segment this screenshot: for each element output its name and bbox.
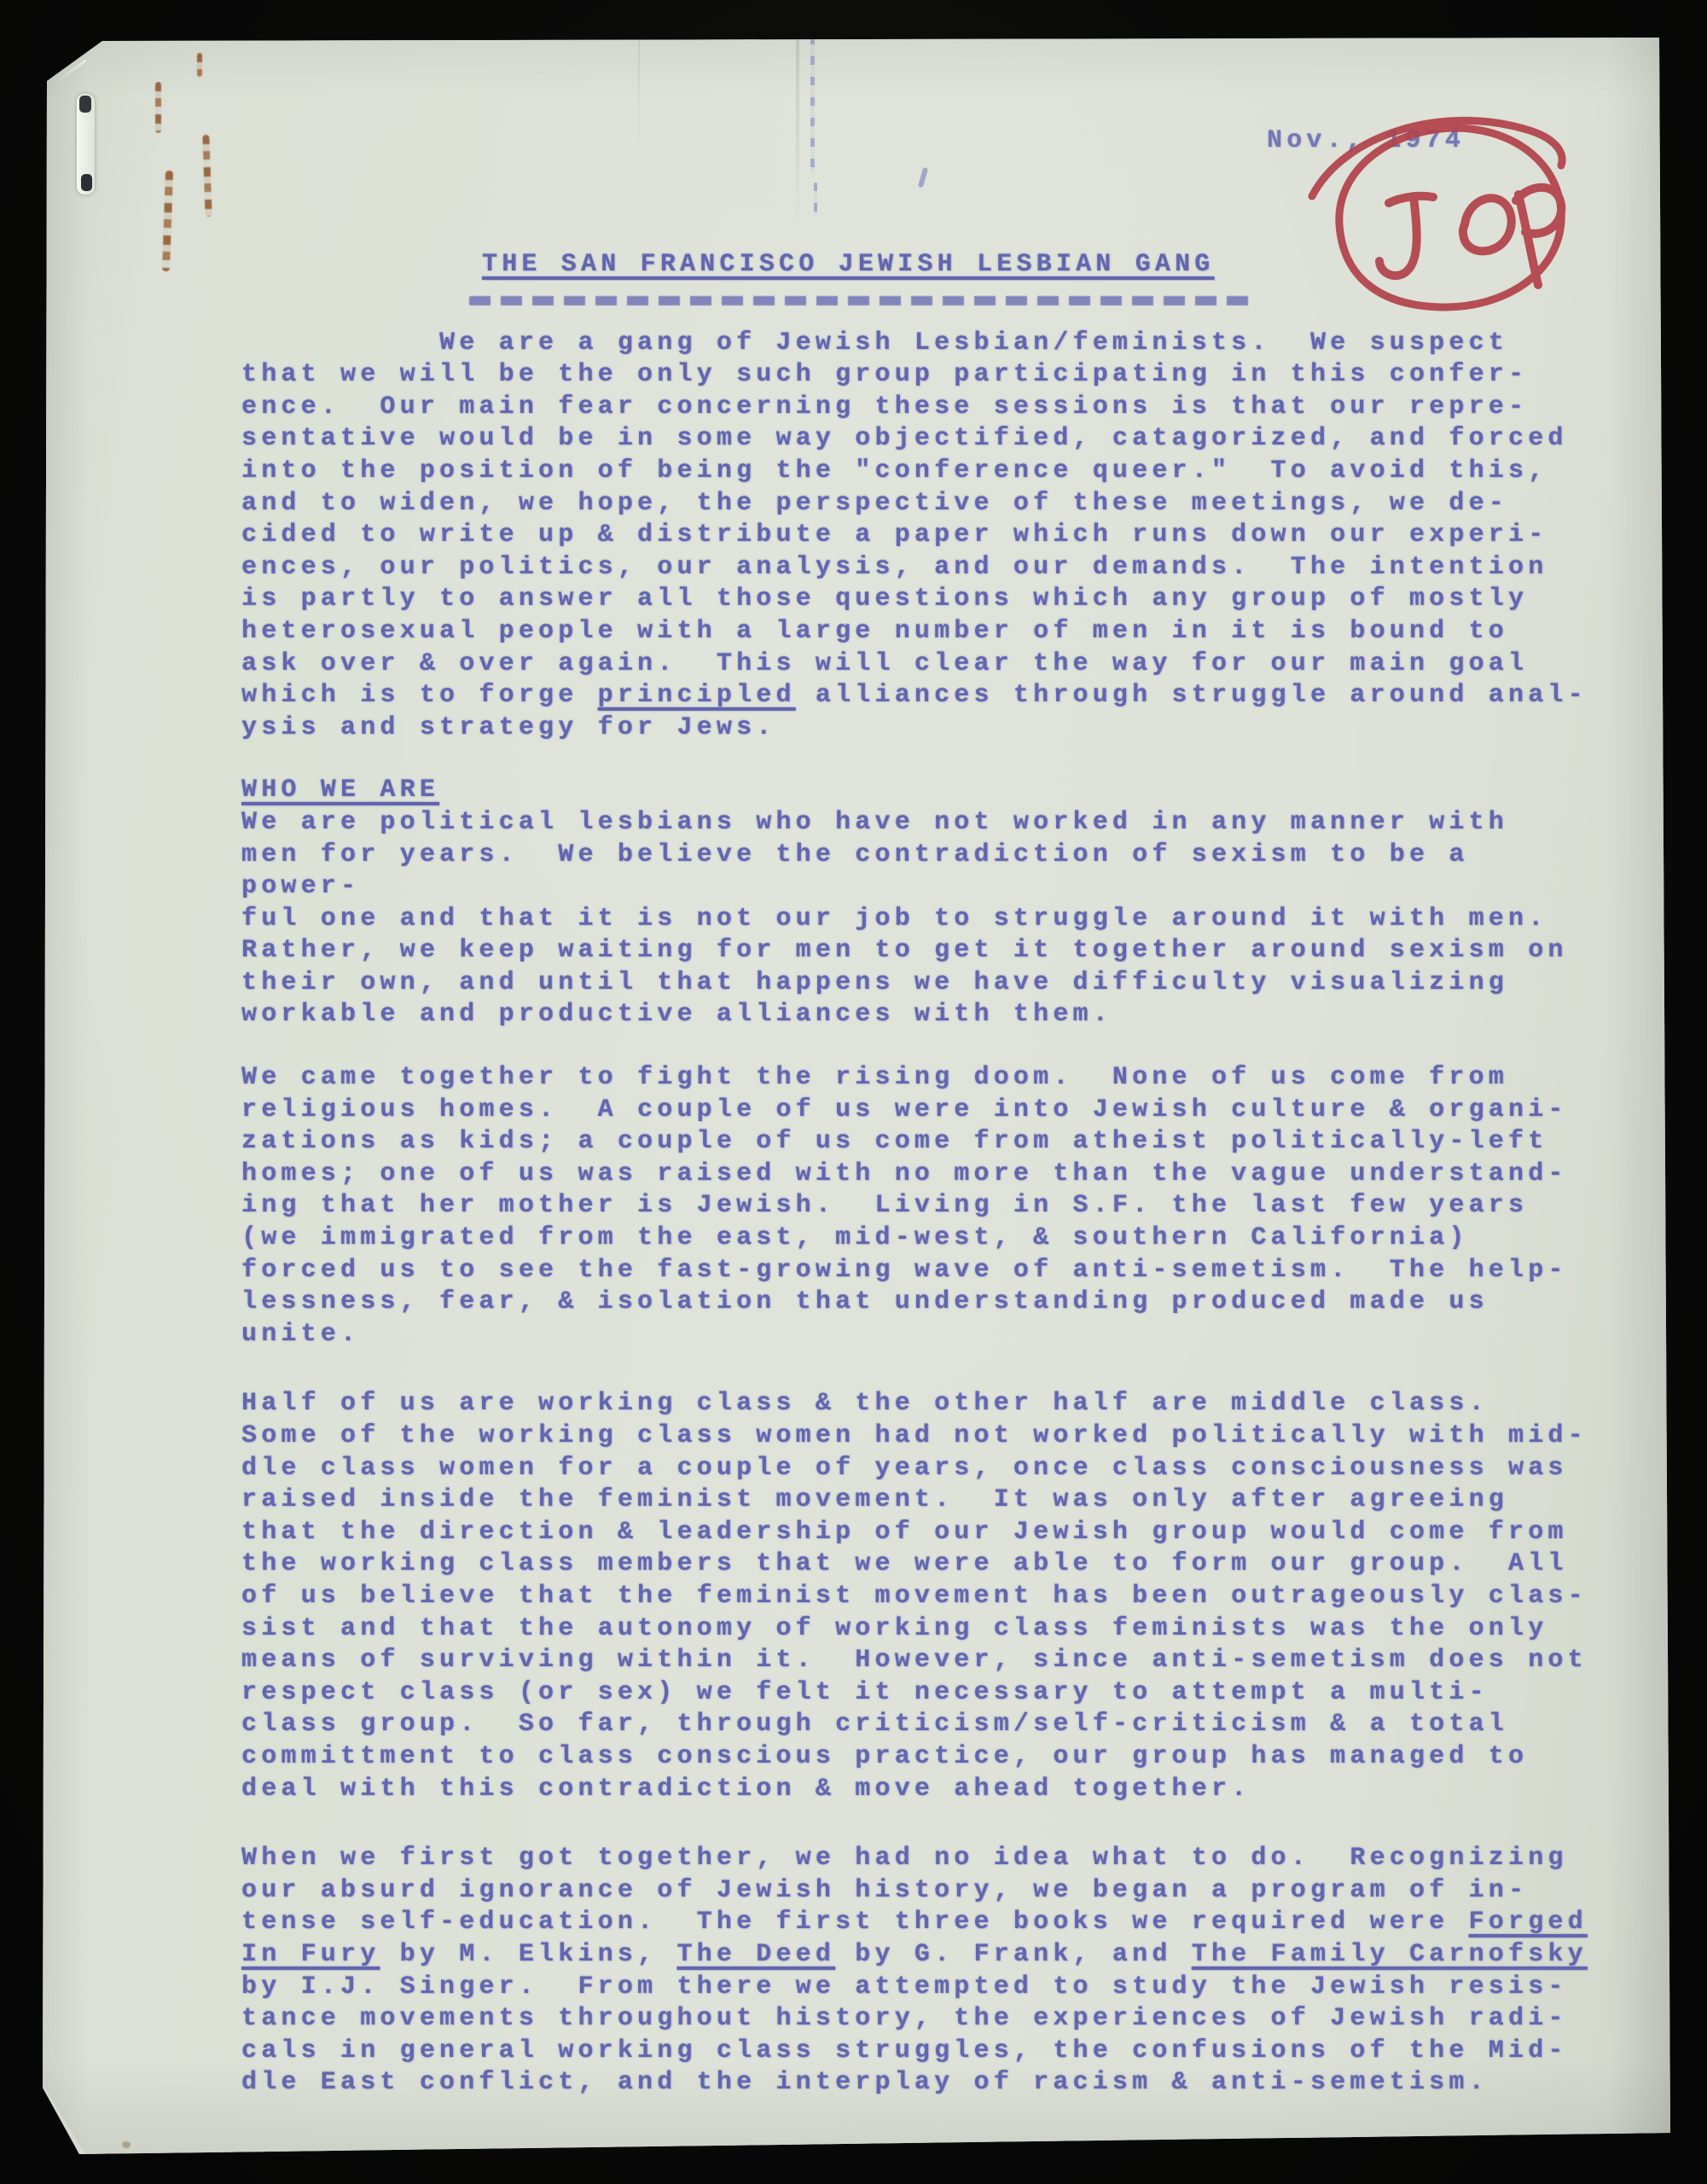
paragraph-came-together: We came together to fight the rising doo… (241, 1062, 1598, 1350)
text-run: When we first got together, we had no id… (241, 1844, 1568, 1937)
typewritten-body: THE SAN FRANCISCO JEWISH LESBIAN GANG We… (241, 249, 1598, 2100)
text-run: We came together to fight the rising doo… (241, 1063, 1568, 1349)
paper-crease (638, 36, 640, 147)
paper-crease (796, 36, 799, 228)
paragraph-who-we-are: WHO WE ARE We are political lesbians who… (241, 775, 1598, 1031)
underlined-text: principled (598, 681, 796, 710)
underlined-text: The Family Carnofsky (1192, 1940, 1588, 1969)
underlined-text: WHO WE ARE (241, 775, 439, 804)
title-dashed-rule (469, 296, 1257, 305)
ink-mark (918, 167, 928, 189)
paragraph-introduction: We are a gang of Jewish Lesbian/feminist… (241, 328, 1598, 745)
rust-stain (155, 82, 161, 133)
ink-smudge (814, 183, 817, 217)
paragraph-class: Half of us are working class & the other… (241, 1388, 1598, 1805)
rust-stain (122, 2141, 131, 2148)
text-run: by I.J. Singer. From there we attempted … (241, 1972, 1568, 2098)
text-run: Half of us are working class & the other… (241, 1389, 1588, 1803)
text-run: We are a gang of Jewish Lesbian/feminist… (241, 328, 1568, 711)
underlined-text: The Deed (676, 1940, 835, 1969)
text-run: by G. Frank, and (835, 1940, 1192, 1969)
ink-smudge (810, 36, 815, 174)
rust-stain (197, 53, 202, 77)
staple-mark (77, 94, 95, 195)
dog-ear-fold (41, 2082, 92, 2165)
dog-ear-crease (34, 2089, 74, 2159)
rust-stain (202, 135, 212, 217)
text-run: by M. Elkins, (380, 1940, 676, 1969)
text-run: We are political lesbians who have not w… (241, 808, 1568, 1030)
rust-stain (162, 171, 173, 271)
scanned-document-photo: Nov., 1974 THE SAN FRANCISCO JEWISH LESB… (0, 0, 1707, 2184)
paragraph-self-education: When we first got together, we had no id… (241, 1843, 1598, 2100)
document-title: THE SAN FRANCISCO JEWISH LESBIAN GANG (482, 249, 1598, 282)
